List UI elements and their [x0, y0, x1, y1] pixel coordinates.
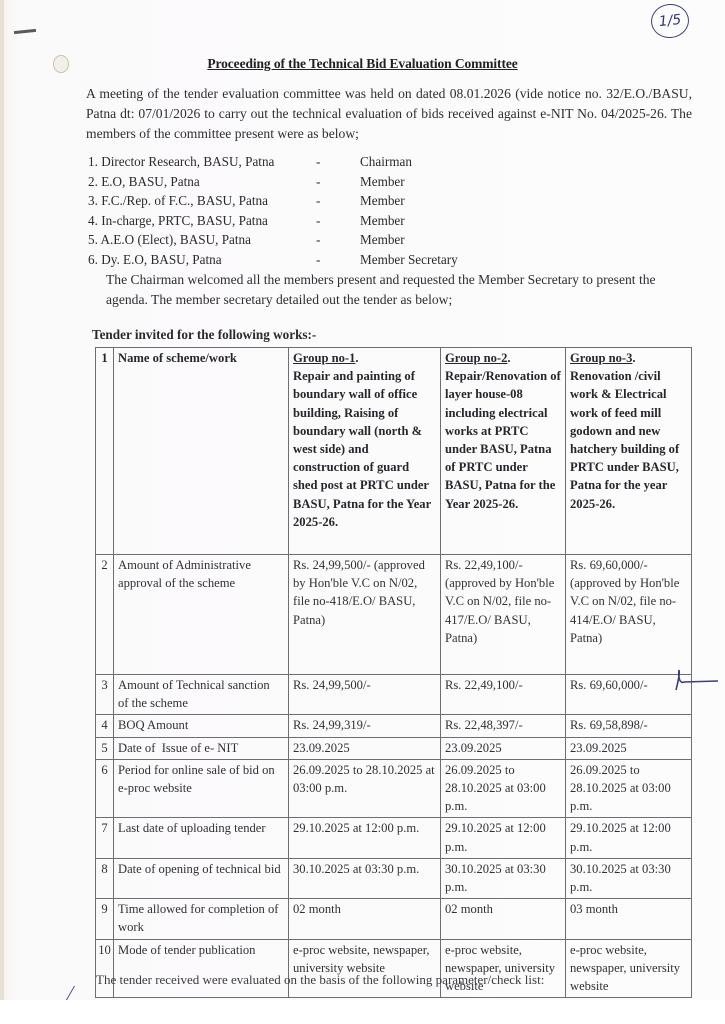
member-name: 3. F.C./Rep. of F.C., BASU, Patna — [88, 191, 316, 211]
member-name: 2. E.O, BASU, Patna — [88, 172, 316, 192]
group-2-value: Rs. 22,49,100/- (approved by Hon'ble V.C… — [441, 555, 566, 675]
row-label: Period for online sale of bid on e-proc … — [114, 759, 289, 818]
group-2-value: 30.10.2025 at 03:30 p.m. — [441, 858, 566, 898]
document-title: Proceeding of the Technical Bid Evaluati… — [0, 56, 725, 72]
group-3-value: 23.09.2025 — [566, 737, 692, 759]
page-edge-shadow — [0, 0, 4, 1000]
member-role: Member — [360, 172, 500, 192]
row-number: 5 — [96, 737, 114, 759]
member-item: 6. Dy. E.O, BASU, Patna - Member Secreta… — [88, 250, 500, 270]
group-1-value: 26.09.2025 to 28.10.2025 at 03:00 p.m. — [289, 759, 441, 818]
table-row: 9Time allowed for completion of work02 m… — [96, 899, 692, 939]
group-1-value: 30.10.2025 at 03:30 p.m. — [289, 858, 441, 898]
row-number: 10 — [96, 939, 114, 998]
table-row: 6Period for online sale of bid on e-proc… — [96, 759, 692, 818]
intro-paragraph: A meeting of the tender evaluation commi… — [86, 84, 692, 144]
member-dash: - — [316, 152, 360, 172]
row-number: 3 — [96, 675, 114, 715]
group-3-value: e-proc website, newspaper, university we… — [566, 939, 692, 998]
row-label: Amount of Technical sanction of the sche… — [114, 675, 289, 715]
group-2-value: Rs. 22,48,397/- — [441, 715, 566, 737]
group-2-value: 26.09.2025 to 28.10.2025 at 03:00 p.m. — [441, 759, 566, 818]
group-3-value: 03 month — [566, 899, 692, 939]
member-name: 1. Director Research, BASU, Patna — [88, 152, 316, 172]
group-3-value: Rs. 69,58,898/- — [566, 715, 692, 737]
member-dash: - — [316, 211, 360, 231]
member-role: Member — [360, 211, 500, 231]
row-number: 9 — [96, 899, 114, 939]
table-row: 2Amount of Administrative approval of th… — [96, 555, 692, 675]
group-1-value: Rs. 24,99,319/- — [289, 715, 441, 737]
row-number: 4 — [96, 715, 114, 737]
row-label: Date of opening of technical bid — [114, 858, 289, 898]
row-label: Time allowed for completion of work — [114, 899, 289, 939]
tender-table: 1 Name of scheme/work Group no-1. Repair… — [95, 347, 692, 998]
member-name: 5. A.E.O (Elect), BASU, Patna — [88, 230, 316, 250]
row-number: 2 — [96, 555, 114, 675]
group-1-value: Rs. 24,99,500/- (approved by Hon'ble V.C… — [289, 555, 441, 675]
row-number: 7 — [96, 818, 114, 858]
row-label: BOQ Amount — [114, 715, 289, 737]
member-dash: - — [316, 230, 360, 250]
member-item: 1. Director Research, BASU, Patna - Chai… — [88, 152, 500, 172]
group-label: Group no-1 — [293, 351, 355, 365]
group-1-value: Rs. 24,99,500/- — [289, 675, 441, 715]
group-description: Repair and painting of boundary wall of … — [293, 369, 431, 529]
member-item: 3. F.C./Rep. of F.C., BASU, Patna - Memb… — [88, 191, 500, 211]
group-2-value: 02 month — [441, 899, 566, 939]
member-item: 2. E.O, BASU, Patna - Member — [88, 172, 500, 192]
group-1-value: 23.09.2025 — [289, 737, 441, 759]
committee-members-list: 1. Director Research, BASU, Patna - Chai… — [88, 152, 500, 269]
group-2-value: e-proc website, newspaper, university we… — [441, 939, 566, 998]
group-1-value: e-proc website, newspaper, university we… — [289, 939, 441, 998]
table-row: 10Mode of tender publicatione-proc websi… — [96, 939, 692, 998]
group-description: Repair/Renovation of layer house-08 incl… — [445, 369, 561, 510]
group-1-cell: Group no-1. Repair and painting of bound… — [289, 348, 441, 555]
group-3-value: 26.09.2025 to 28.10.2025 at 03:00 p.m. — [566, 759, 692, 818]
table-row: 8Date of opening of technical bid30.10.2… — [96, 858, 692, 898]
row-label: Amount of Administrative approval of the… — [114, 555, 289, 675]
table-heading: Tender invited for the following works:- — [92, 327, 316, 343]
group-label: Group no-3 — [570, 351, 632, 365]
member-dash: - — [316, 172, 360, 192]
member-name: 4. In-charge, PRTC, BASU, Patna — [88, 211, 316, 231]
group-3-value: 30.10.2025 at 03:30 p.m. — [566, 858, 692, 898]
table-row: 3Amount of Technical sanction of the sch… — [96, 675, 692, 715]
member-item: 5. A.E.O (Elect), BASU, Patna - Member — [88, 230, 500, 250]
row-label: Date of Issue of e- NIT — [114, 737, 289, 759]
group-2-value: 23.09.2025 — [441, 737, 566, 759]
member-item: 4. In-charge, PRTC, BASU, Patna - Member — [88, 211, 500, 231]
group-description: Renovation /civil work & Electrical work… — [570, 369, 679, 510]
group-2-value: Rs. 22,49,100/- — [441, 675, 566, 715]
table-row-scheme-name: 1 Name of scheme/work Group no-1. Repair… — [96, 348, 692, 555]
row-label: Name of scheme/work — [114, 348, 289, 555]
table-row: 5Date of Issue of e- NIT23.09.202523.09.… — [96, 737, 692, 759]
member-role: Member — [360, 230, 500, 250]
row-number: 1 — [96, 348, 114, 555]
table-row: 4BOQ AmountRs. 24,99,319/-Rs. 22,48,397/… — [96, 715, 692, 737]
member-name: 6. Dy. E.O, BASU, Patna — [88, 250, 316, 270]
handwritten-tick-mark — [670, 668, 720, 692]
group-1-value: 02 month — [289, 899, 441, 939]
member-dash: - — [316, 191, 360, 211]
member-role: Member — [360, 191, 500, 211]
group-2-cell: Group no-2. Repair/Renovation of layer h… — [441, 348, 566, 555]
member-role: Member Secretary — [360, 250, 500, 270]
table-row: 7Last date of uploading tender29.10.2025… — [96, 818, 692, 858]
row-label: Last date of uploading tender — [114, 818, 289, 858]
group-3-cell: Group no-3. Renovation /civil work & Ele… — [566, 348, 692, 555]
group-3-value: 29.10.2025 at 12:00 p.m. — [566, 818, 692, 858]
row-number: 6 — [96, 759, 114, 818]
row-number: 8 — [96, 858, 114, 898]
group-label: Group no-2 — [445, 351, 507, 365]
evaluation-intro-text: The tender received were evaluated on th… — [96, 972, 544, 988]
group-3-value: Rs. 69,60,000/- (approved by Hon'ble V.C… — [566, 555, 692, 675]
chairman-paragraph: The Chairman welcomed all the members pr… — [106, 270, 692, 310]
group-1-value: 29.10.2025 at 12:00 p.m. — [289, 818, 441, 858]
group-2-value: 29.10.2025 at 12:00 p.m. — [441, 818, 566, 858]
member-dash: - — [316, 250, 360, 270]
row-label: Mode of tender publication — [114, 939, 289, 998]
member-role: Chairman — [360, 152, 500, 172]
